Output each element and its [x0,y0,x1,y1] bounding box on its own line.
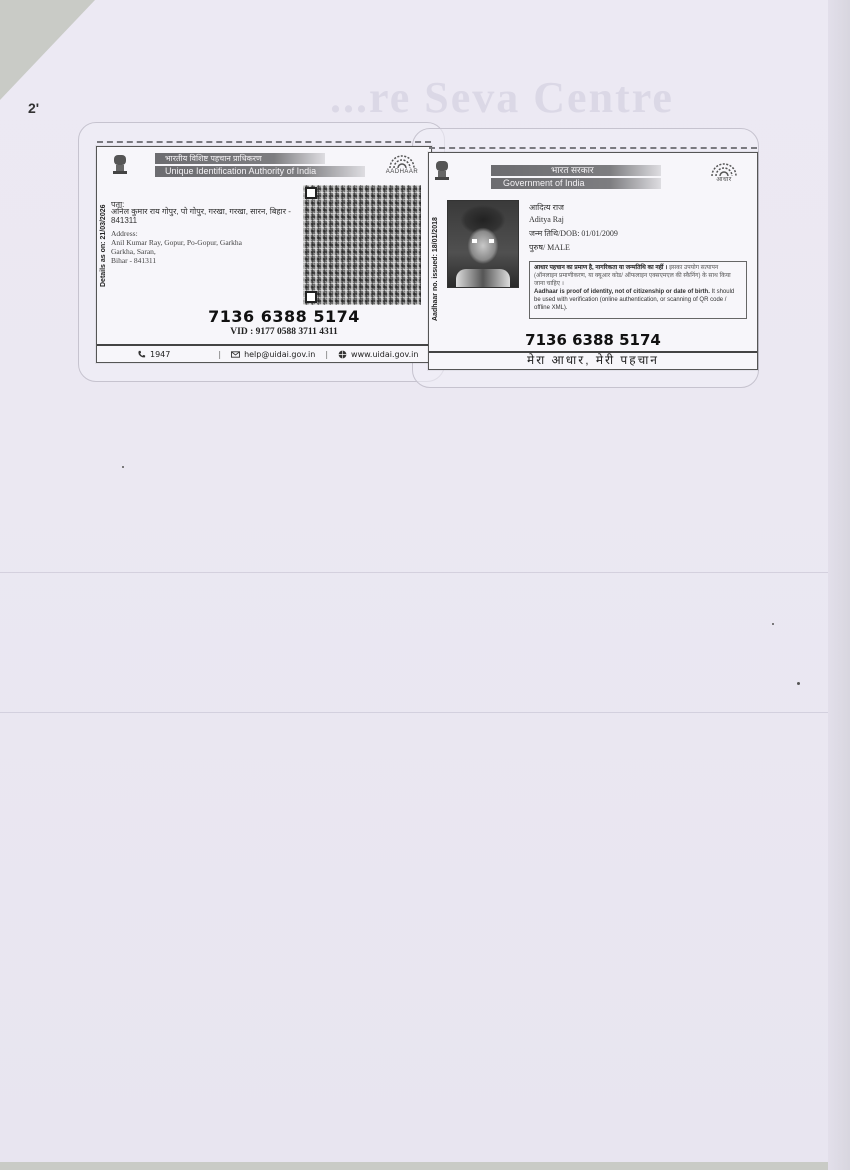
holder-name-english: Aditya Raj [529,215,564,224]
aadhaar-number: 7136 6388 5174 [429,331,757,349]
aadhaar-tagline: मेरा आधार, मेरी पहचान [429,351,757,369]
help-email: help@uidai.gov.in [244,350,315,359]
pen-mark: 2' [28,100,39,116]
gender: पुरुष/ MALE [529,242,570,253]
helpline: 1947 [137,350,170,359]
dust-speck [797,682,800,685]
qr-code [303,185,421,305]
aadhaar-number: 7136 6388 5174 [97,307,431,326]
aadhaar-notice-box: आधार पहचान का प्रमाण है, नागरिकता या जन्… [529,261,747,319]
underlying-sheet-edge [828,0,850,1170]
helpline-number: 1947 [150,350,170,359]
divider: | [325,350,328,359]
address-hindi: अनिल कुमार राय गोपुर, पो गोपुर, गरखा, गर… [111,207,301,225]
address-line: Bihar - 841311 [111,256,291,265]
holder-photo [447,200,519,288]
paper-fold [0,712,828,713]
website-url: www.uidai.gov.in [351,350,418,359]
aadhaar-logo-label: AADHAAR [385,169,419,176]
divider: | [218,350,221,359]
dust-speck [122,466,124,468]
header-english: Unique Identification Authority of India [155,166,365,177]
website-contact: www.uidai.gov.in [338,350,418,359]
virtual-id: VID : 9177 0588 3711 4311 [97,327,431,337]
details-as-on-date: Details as on: 21/03/2026 [100,205,107,288]
globe-icon [338,350,347,359]
holder-name-hindi: आदित्य राज [529,202,564,213]
cut-line [429,147,757,149]
aadhaar-issued-date: Aadhaar no. issued: 18/01/2018 [432,217,439,321]
national-emblem-icon [433,159,451,183]
email-contact: help@uidai.gov.in [231,350,315,359]
header-hindi: भारतीय विशिष्ट पहचान प्राधिकरण [155,153,325,164]
aadhaar-logo-icon: AADHAAR [385,151,419,179]
aadhaar-logo-label: आधार [707,177,741,184]
date-of-birth: जन्म तिथि/DOB: 01/01/2009 [529,228,618,239]
address-line: Garkha, Saran, [111,247,291,256]
header-english: Government of India [491,178,661,189]
address-english: Anil Kumar Ray, Gopur, Po-Gopur, Garkha … [111,238,291,265]
phone-icon [137,350,146,359]
aadhaar-card-back: भारतीय विशिष्ट पहचान प्राधिकरण Unique Id… [96,146,432,363]
photo-detail [456,269,510,287]
dust-speck [772,623,774,625]
address-line: Anil Kumar Ray, Gopur, Po-Gopur, Garkha [111,238,291,247]
card-footer: 1947 | help@uidai.gov.in | www.uidai.gov… [97,344,431,362]
national-emblem-icon [111,153,129,177]
faint-watermark: ...re Seva Centre [330,72,674,123]
notice-english-bold: Aadhaar is proof of identity, not of cit… [534,289,710,295]
aadhaar-card-front: भारत सरकार Government of India आधार Aadh… [428,152,758,370]
cut-line [97,141,431,143]
paper-fold [0,572,828,573]
notice-hindi-bold: आधार पहचान का प्रमाण है, नागरिकता या जन्… [534,265,667,271]
photo-detail [472,239,494,243]
header-hindi: भारत सरकार [491,165,661,176]
address-english-label: Address: [111,229,138,238]
aadhaar-logo-icon: आधार [707,159,741,187]
mail-icon [231,350,240,359]
